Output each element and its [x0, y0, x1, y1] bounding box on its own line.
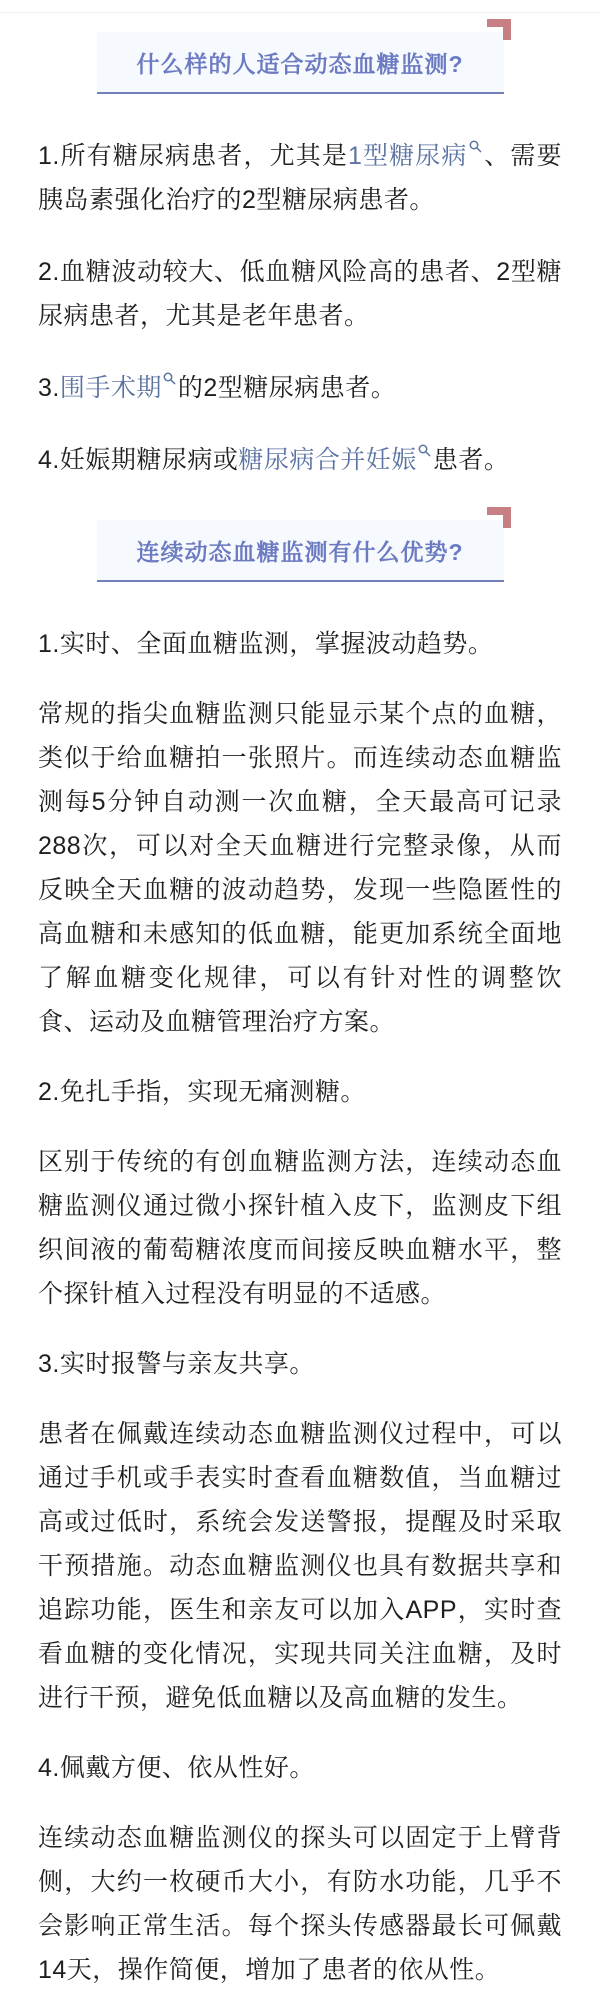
- paragraph: 患者在佩戴连续动态血糖监测仪过程中，可以通过手机或手表实时查看血糖数值，当血糖过…: [38, 1412, 562, 1720]
- text-run: 4.佩戴方便、依从性好。: [38, 1754, 315, 1782]
- section-title: 什么样的人适合动态血糖监测?: [136, 46, 463, 79]
- text-run: 区别于传统的有创血糖监测方法，连续动态血糖监测仪通过微小探针植入皮下，监测皮下组…: [38, 1148, 562, 1308]
- entity-link[interactable]: 围手术期: [60, 374, 178, 402]
- paragraph: 区别于传统的有创血糖监测方法，连续动态血糖监测仪通过微小探针植入皮下，监测皮下组…: [38, 1140, 562, 1316]
- list-item: 2.免扎手指，实现无痛测糖。: [38, 1070, 562, 1114]
- list-item: 1.实时、全面血糖监测，掌握波动趋势。: [38, 622, 562, 666]
- search-icon: [469, 140, 482, 153]
- text-run: 3.: [38, 374, 60, 402]
- section-header-box: 连续动态血糖监测有什么优势?: [97, 520, 504, 582]
- section-body: 1.所有糖尿病患者，尤其是1型糖尿病、需要胰岛素强化治疗的2型糖尿病患者。2.血…: [0, 134, 600, 482]
- text-run: 3.实时报警与亲友共享。: [38, 1350, 315, 1378]
- paragraph: 常规的指尖血糖监测只能显示某个点的血糖，类似于给血糖拍一张照片。而连续动态血糖监…: [38, 692, 562, 1044]
- section-who-suits: 什么样的人适合动态血糖监测? 1.所有糖尿病患者，尤其是1型糖尿病、需要胰岛素强…: [0, 32, 600, 482]
- list-item: 3.围手术期的2型糖尿病患者。: [38, 366, 562, 410]
- list-item: 4.佩戴方便、依从性好。: [38, 1746, 562, 1790]
- text-run: 1.实时、全面血糖监测，掌握波动趋势。: [38, 630, 493, 658]
- paragraph: 连续动态血糖监测仪的探头可以固定于上臂背侧，大约一枚硬币大小，有防水功能，几乎不…: [38, 1816, 562, 1992]
- text-run: 常规的指尖血糖监测只能显示某个点的血糖，类似于给血糖拍一张照片。而连续动态血糖监…: [38, 700, 562, 1036]
- text-run: 患者在佩戴连续动态血糖监测仪过程中，可以通过手机或手表实时查看血糖数值，当血糖过…: [38, 1420, 562, 1712]
- list-item: 1.所有糖尿病患者，尤其是1型糖尿病、需要胰岛素强化治疗的2型糖尿病患者。: [38, 134, 562, 222]
- entity-link-label: 糖尿病合并妊娠: [238, 446, 417, 474]
- search-icon: [163, 372, 176, 385]
- entity-link[interactable]: 糖尿病合并妊娠: [238, 446, 433, 474]
- entity-link[interactable]: 1型糖尿病: [348, 142, 484, 170]
- corner-bracket-icon: [487, 19, 511, 40]
- section-header-box: 什么样的人适合动态血糖监测?: [97, 32, 504, 94]
- list-item: 2.血糖波动较大、低血糖风险高的患者、2型糖尿病患者，尤其是老年患者。: [38, 250, 562, 338]
- text-run: 患者。: [433, 446, 510, 474]
- section-body: 1.实时、全面血糖监测，掌握波动趋势。常规的指尖血糖监测只能显示某个点的血糖，类…: [0, 622, 600, 1992]
- list-item: 3.实时报警与亲友共享。: [38, 1342, 562, 1386]
- entity-link-label: 围手术期: [60, 374, 162, 402]
- text-run: 2.免扎手指，实现无痛测糖。: [38, 1078, 366, 1106]
- text-run: 1.所有糖尿病患者，尤其是: [38, 142, 348, 170]
- section-title: 连续动态血糖监测有什么优势?: [136, 534, 463, 567]
- list-item: 4.妊娠期糖尿病或糖尿病合并妊娠患者。: [38, 438, 562, 482]
- text-run: 的2型糖尿病患者。: [178, 374, 396, 402]
- text-run: 2.血糖波动较大、低血糖风险高的患者、2型糖尿病患者，尤其是老年患者。: [38, 258, 562, 330]
- text-run: 4.妊娠期糖尿病或: [38, 446, 238, 474]
- entity-link-label: 1型糖尿病: [348, 142, 468, 170]
- section-header: 什么样的人适合动态血糖监测?: [97, 32, 504, 94]
- text-run: 连续动态血糖监测仪的探头可以固定于上臂背侧，大约一枚硬币大小，有防水功能，几乎不…: [38, 1824, 562, 1984]
- corner-bracket-icon: [487, 507, 511, 528]
- top-divider: [0, 12, 600, 13]
- section-advantages: 连续动态血糖监测有什么优势? 1.实时、全面血糖监测，掌握波动趋势。常规的指尖血…: [0, 520, 600, 1992]
- search-icon: [418, 444, 431, 457]
- section-header: 连续动态血糖监测有什么优势?: [97, 520, 504, 582]
